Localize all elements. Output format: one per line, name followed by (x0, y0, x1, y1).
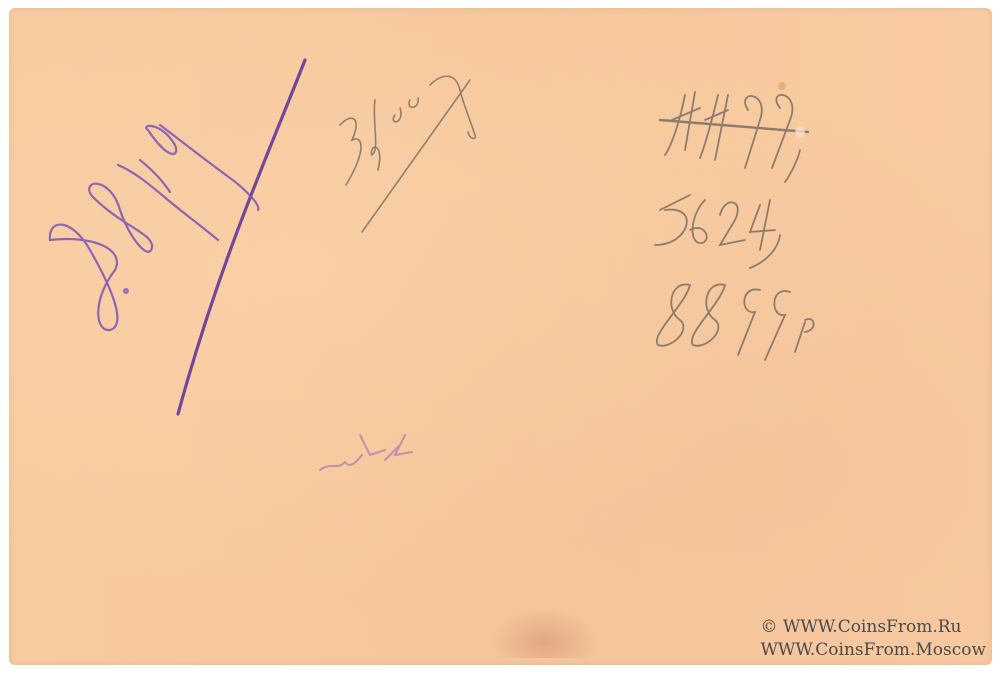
watermark-line-2: WWW.CoinsFrom.Moscow (760, 639, 986, 662)
watermark-line-1: © WWW.CoinsFrom.Ru (760, 616, 986, 639)
handwritten-marks (0, 0, 1000, 674)
watermark: © WWW.CoinsFrom.Ru WWW.CoinsFrom.Moscow (760, 616, 986, 662)
